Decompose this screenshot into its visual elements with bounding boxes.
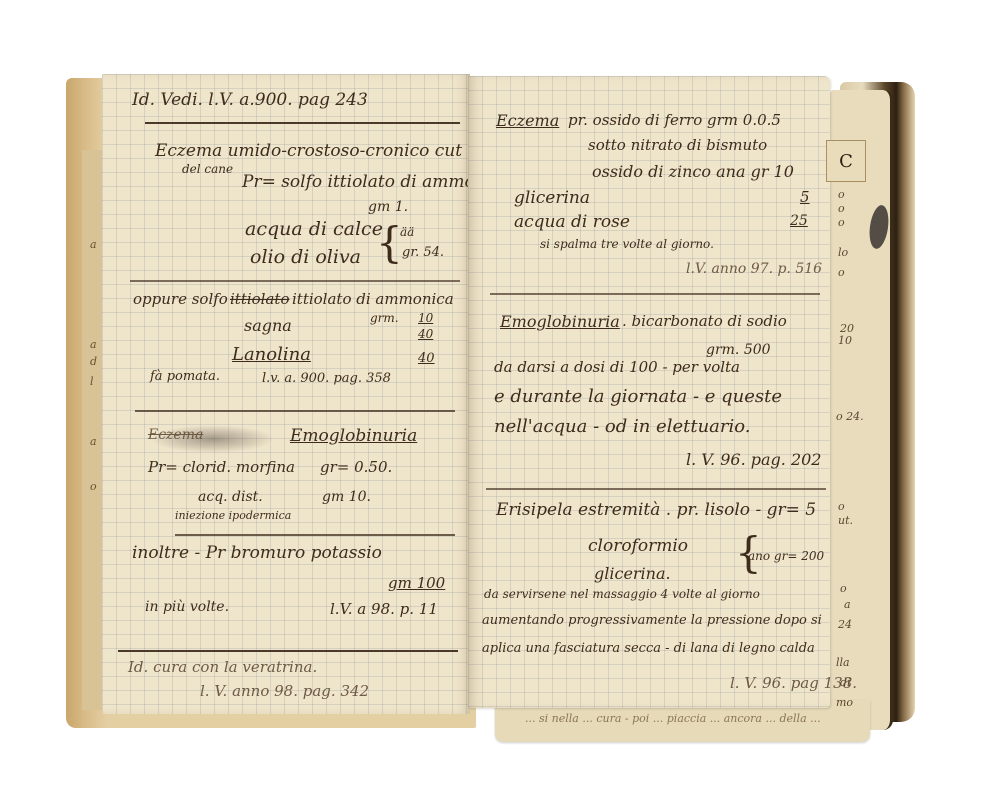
rx-ossido-ferro: pr. ossido di ferro grm 0.0.5 [568,113,781,128]
stub-note: a [90,338,97,351]
rx-morfina: Pr= clorid. morfina [148,460,295,475]
index-tab: C [826,140,866,182]
line-giornata: e durante la giornata - e queste [494,388,782,406]
ref-358: l.v. a. 900. pag. 358 [262,372,391,385]
qty-100: gm 100 [388,576,445,591]
item-olio-oliva: olio di oliva [250,248,361,267]
underlying-page-text: ... si nella ... cura - poi ... piaccia … [525,712,821,725]
side-note: o [838,266,845,279]
ana-qty: gr. 54. [402,246,444,259]
item-acqua-rose: acqua di rose [514,214,630,231]
title-eczema-right: Eczema [496,113,559,129]
side-note: o 24. [836,410,864,423]
struck-word: ittiolato [230,292,289,307]
ref-516: l.V. anno 97. p. 516 [686,262,822,276]
item-cloroformio: cloroformio [588,538,688,555]
line-massaggio: da servirsene nel massaggio 4 volte al g… [484,588,760,600]
qty-1: gm 1. [368,200,408,214]
item-lanolina: Lanolina [232,346,311,364]
qty-5: 5 [800,190,810,205]
oppure-line: oppure solfo [133,292,228,307]
line-elettuario: nell'acqua - od in elettuario. [494,418,751,436]
item-glicerina-2: glicerina. [594,566,671,582]
stub-note: a [90,435,97,448]
unit-grm: grm. [370,312,399,324]
title-emoglobinuria-left: Emoglobinuria [290,428,417,445]
side-note: a [844,598,851,611]
side-note: 24 [838,618,852,631]
side-note: o [840,582,847,595]
left-page [102,74,470,714]
qty-500: grm. 500 [706,343,771,357]
side-note: lo [838,246,848,259]
qty-10: 10 [418,312,433,324]
left-header: Id. Vedi. l.V. a.900. pag 243 [132,92,368,109]
note-iniezione: iniezione ipodermica [175,510,291,521]
tab-letter: C [839,151,853,172]
side-note: ut. [838,514,853,527]
side-note: o [838,188,845,201]
side-note: mo [836,696,853,709]
item-ossido-zinco: ossido di zinco ana gr 10 [592,164,794,180]
note-pomata: fà pomata. [150,370,220,383]
qty-40b: 40 [418,352,435,365]
line-dosi: da darsi a dosi di 100 - per volta [494,360,740,375]
ref-138: l. V. 96. pag 138. [730,676,857,691]
stub-note: l [90,375,94,388]
side-note: o [838,216,845,229]
struck-title: Eczema [148,428,203,442]
item-glicerina: glicerina [514,190,590,207]
divider [130,280,460,282]
side-note: di [840,676,851,689]
ana-200: ano gr= 200 [748,550,824,562]
qty-25: 25 [790,214,808,228]
ref-202: l. V. 96. pag. 202 [686,452,821,468]
qty-40a: 40 [418,328,433,340]
divider [175,534,455,536]
note-piu-volte: in più volte. [145,600,229,614]
item-acqua-calce: acqua di calce [245,220,383,239]
item-acq-dist: acq. dist. [198,490,263,504]
side-note: 10 [838,334,852,347]
ana-mark: ää [400,226,414,238]
stub-note: a [90,238,97,251]
title-emoglobinuria-right: Emoglobinuria [500,314,620,330]
title-erisipela: Erisipela estremità . pr. lisolo - gr= 5 [496,502,816,519]
rx-bicarbonato: . bicarbonato di sodio [622,314,787,329]
footer-veratrina: Id. cura con la veratrina. [128,660,317,675]
divider [118,650,458,652]
rx-bromuro: inoltre - Pr bromuro potassio [132,545,382,562]
stub-note: o [90,480,97,493]
subtitle-del-cane: del cane [182,163,233,175]
note-spalma: si spalma tre volte al giorno. [540,238,714,250]
item-bismuto: sotto nitrato di bismuto [588,138,767,153]
side-note: o [838,202,845,215]
line-fasciatura: aplica una fasciatura secca - di lana di… [482,642,815,655]
divider [486,488,826,490]
divider [135,410,455,412]
title-eczema-cane: Eczema umido-crostoso-cronico cut [155,143,462,160]
ref-98-11: l.V. a 98. p. 11 [330,602,438,617]
qty-10-gm: gm 10. [322,490,371,504]
side-note: o [838,500,845,513]
divider [490,293,820,295]
footer-ref-342: l. V. anno 98. pag. 342 [200,684,369,699]
qty-0-50: gr= 0.50. [320,460,392,475]
oppure-line-rest: ittiolato di ammonica [292,292,454,307]
notebook-spread: ... si nella ... cura - poi ... piaccia … [0,0,985,800]
brace: { [376,222,403,264]
divider [145,122,460,124]
stub-note: d [90,355,97,368]
line-pressione: aumentando progressivamente la pressione… [482,614,822,627]
side-note: lla [836,656,850,669]
item-sagna: sagna [244,318,292,334]
